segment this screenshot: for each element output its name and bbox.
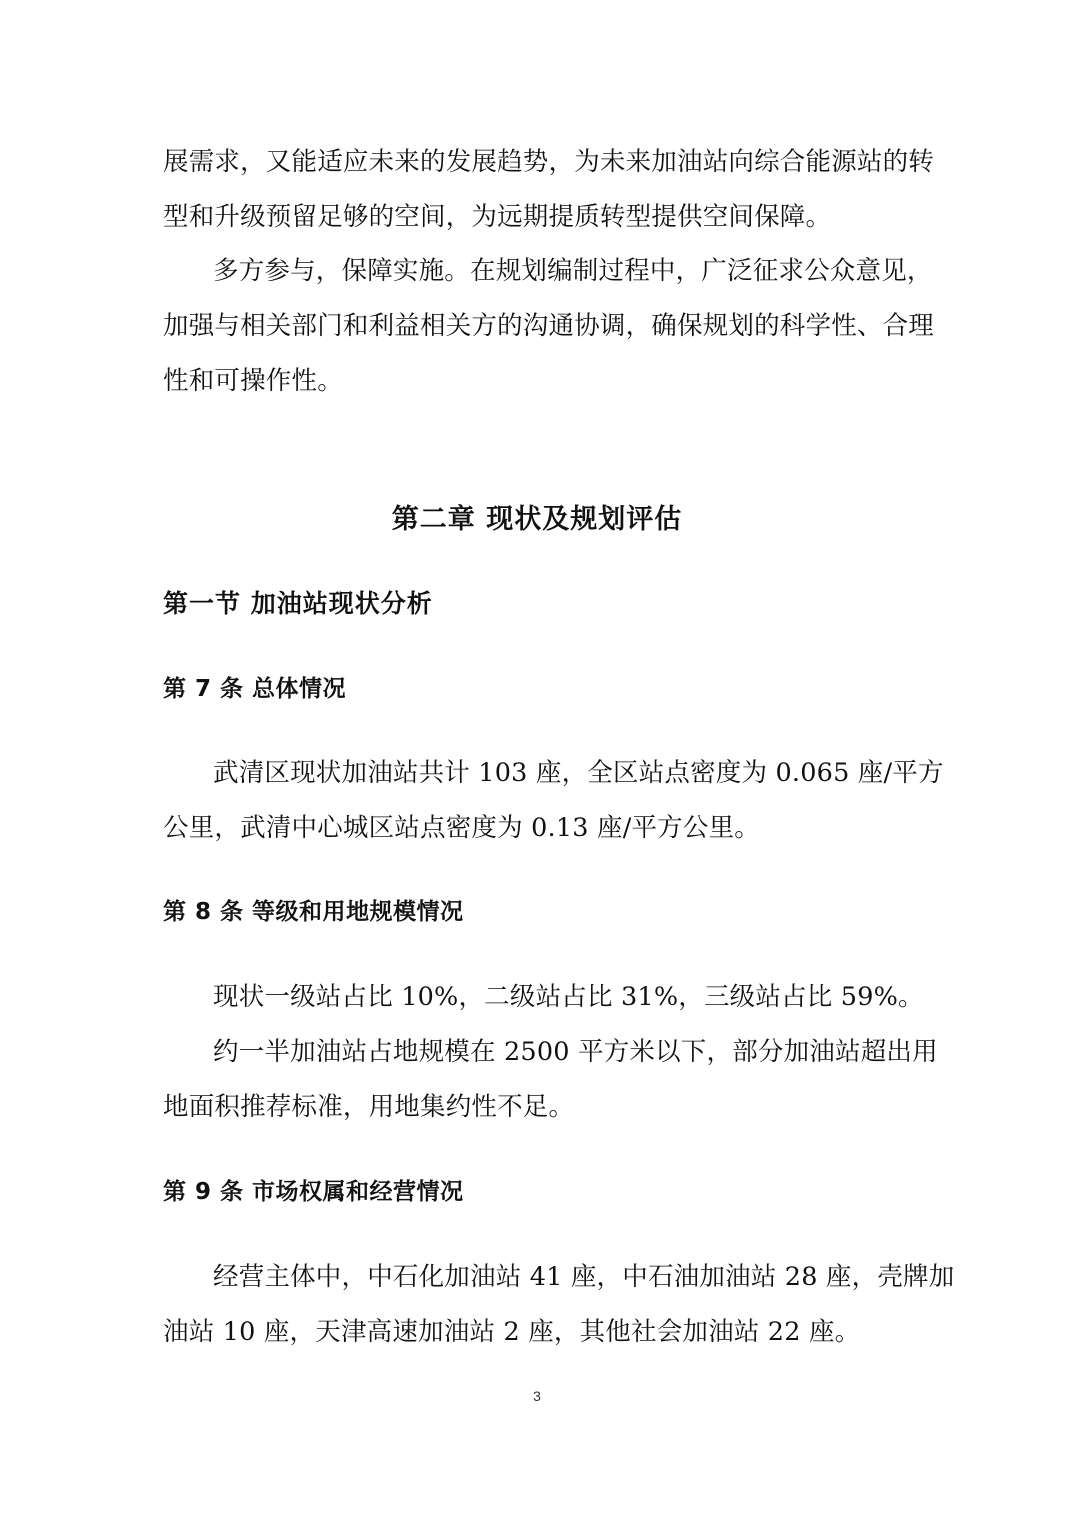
body-text-line: 经营主体中，中石化加油站 41 座，中石油加油站 28 座，壳牌加 (213, 1261, 913, 1293)
body-text-line: 性和可操作性。 (163, 365, 913, 397)
body-text-line: 地面积推荐标准，用地集约性不足。 (163, 1091, 913, 1123)
article-title: 第 9 条 市场权属和经营情况 (163, 1177, 464, 1207)
body-text-line: 现状一级站占比 10%，二级站占比 31%，三级站占比 59%。 (213, 981, 913, 1013)
body-text-line: 公里，武清中心城区站点密度为 0.13 座/平方公里。 (163, 812, 913, 844)
chapter-title: 第二章 现状及规划评估 (0, 503, 1074, 537)
article-title: 第 8 条 等级和用地规模情况 (163, 897, 464, 927)
body-text-line: 展需求，又能适应未来的发展趋势，为未来加油站向综合能源站的转 (163, 146, 913, 178)
article-title: 第 7 条 总体情况 (163, 674, 346, 704)
body-text-line: 约一半加油站占地规模在 2500 平方米以下，部分加油站超出用 (213, 1036, 913, 1068)
section-title: 第一节 加油站现状分析 (163, 588, 433, 620)
body-text-line: 武清区现状加油站共计 103 座，全区站点密度为 0.065 座/平方 (213, 757, 913, 789)
body-text-line: 型和升级预留足够的空间，为远期提质转型提供空间保障。 (163, 201, 913, 233)
body-text-line: 油站 10 座，天津高速加油站 2 座，其他社会加油站 22 座。 (163, 1316, 913, 1348)
body-text-line: 多方参与，保障实施。在规划编制过程中，广泛征求公众意见， (213, 255, 913, 287)
document-page: 展需求，又能适应未来的发展趋势，为未来加油站向综合能源站的转 型和升级预留足够的… (0, 0, 1074, 1520)
body-text-line: 加强与相关部门和利益相关方的沟通协调，确保规划的科学性、合理 (163, 310, 913, 342)
page-number: 3 (0, 1388, 1074, 1404)
